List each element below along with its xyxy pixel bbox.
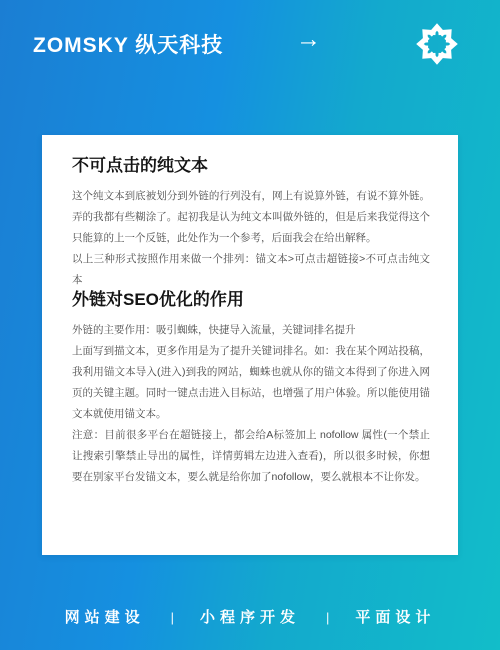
section-title: 外链对SEO优化的作用 (72, 291, 430, 310)
right-arrow-icon: → (296, 27, 321, 52)
header: ZOMSKY 纵天科技 → (0, 0, 500, 90)
section-subtitle: 外链的主要作用：吸引蜘蛛，快捷导入流量，关键词排名提升 (72, 320, 430, 341)
footer-item-miniprogram: 小程序开发 (200, 606, 300, 630)
section-plain-text: 不可点击的纯文本 这个纯文本到底被划分到外链的行列没有，网上有说算外链，有说不算… (72, 157, 430, 291)
brand-logo: ZOMSKY 纵天科技 (33, 29, 223, 59)
section-paragraph: 这个纯文本到底被划分到外链的行列没有，网上有说算外链，有说不算外链。弄的我都有些… (72, 186, 430, 249)
footer-separator: | (326, 606, 329, 630)
ranking-line: 以上三种形式按照作用来做一个排列：锚文本>可点击超链接>不可点击纯文本 (72, 249, 430, 291)
note-paragraph: 注意：目前很多平台在超链接上，都会给A标签加上 nofollow 属性(一个禁止… (72, 425, 430, 488)
section-title: 不可点击的纯文本 (72, 157, 430, 176)
footer-item-web: 网站建设 (65, 606, 145, 630)
section-seo-effect: 外链对SEO优化的作用 外链的主要作用：吸引蜘蛛，快捷导入流量，关键词排名提升 … (72, 291, 430, 489)
footer-services: 网站建设 | 小程序开发 | 平面设计 (0, 606, 500, 630)
section-paragraph: 上面写到描文本，更多作用是为了提升关键词排名。如：我在某个网站投稿，我利用锚文本… (72, 341, 430, 425)
content-card: 不可点击的纯文本 这个纯文本到底被划分到外链的行列没有，网上有说算外链，有说不算… (42, 135, 458, 555)
footer-separator: | (171, 606, 174, 630)
footer-item-design: 平面设计 (355, 606, 435, 630)
starburst-icon (413, 20, 461, 68)
